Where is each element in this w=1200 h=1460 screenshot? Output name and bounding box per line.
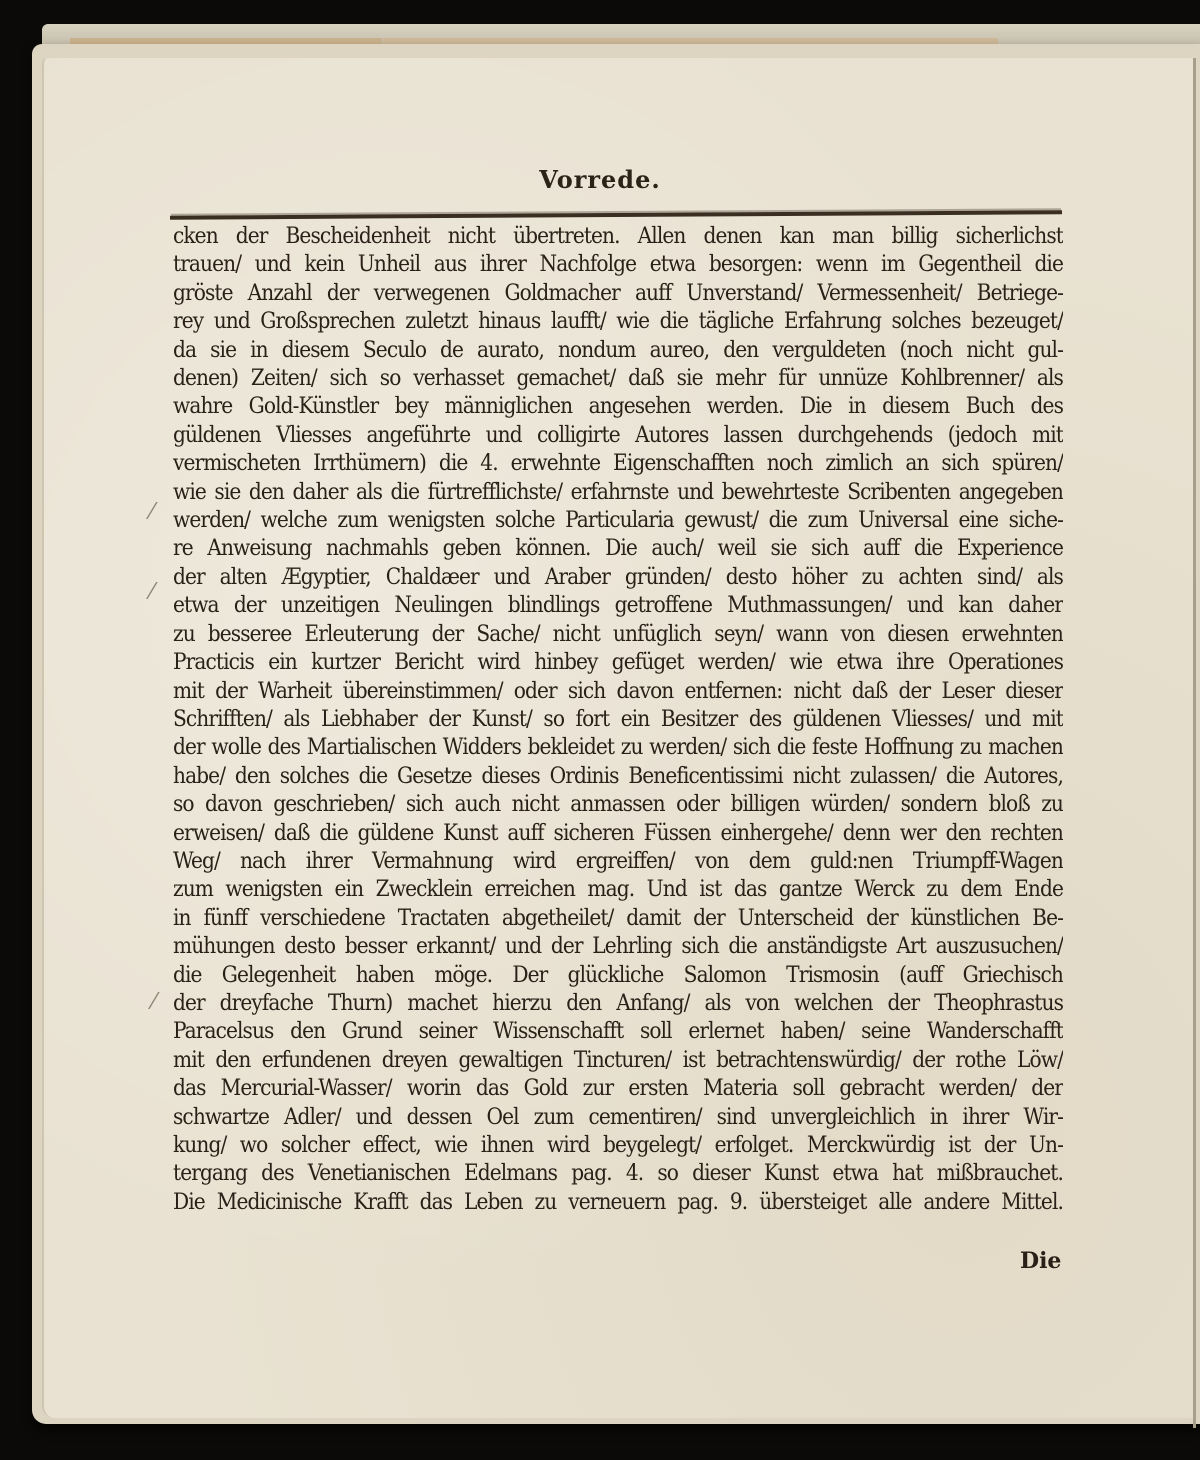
text-line: da sie in diesem Seculo de aurato, nondu… (173, 336, 1063, 364)
text-line: Paracelsus den Grund seiner Wissenschaff… (173, 1017, 1063, 1045)
margin-pencil-mark: ⁄ (152, 990, 156, 1015)
text-line: habe/ den solches die Gesetze dieses Ord… (173, 762, 1063, 790)
text-line: werden/ welche zum wenigsten solche Part… (173, 506, 1063, 534)
text-line: re Anweisung nachmahls geben können. Die… (173, 534, 1063, 562)
text-line: wie sie den daher als die fürtrefflichst… (173, 478, 1063, 506)
text-line: Die Medicinische Krafft das Leben zu ver… (173, 1188, 1063, 1216)
text-line: so davon geschrieben/ sich auch nicht an… (173, 790, 1063, 818)
margin-pencil-mark: ⁄ (150, 500, 154, 525)
running-head: Vorrede. (0, 165, 1200, 194)
text-line: kung/ wo solcher effect, wie ihnen wird … (173, 1131, 1063, 1159)
text-line: trauen/ und kein Unheil aus ihrer Nachfo… (173, 250, 1063, 278)
text-line: Practicis ein kurtzer Bericht wird hinbe… (173, 648, 1063, 676)
text-line: das Mercurial-Wasser/ worin das Gold zur… (173, 1074, 1063, 1102)
margin-pencil-mark: ⁄ (150, 580, 154, 605)
text-line: gröste Anzahl der verwegenen Goldmacher … (173, 279, 1063, 307)
page-gutter-edge (1193, 58, 1196, 1428)
text-line: die Gelegenheit haben möge. Der glücklic… (173, 961, 1063, 989)
catchword: Die (1020, 1248, 1061, 1274)
text-line: der alten Ægyptier, Chaldæer und Araber … (173, 563, 1063, 591)
text-line: der wolle des Martialischen Widders bekl… (173, 733, 1063, 761)
text-line: mit der Warheit übereinstimmen/ oder sic… (173, 677, 1063, 705)
text-line: in fünff verschiedene Tractaten abgethei… (173, 904, 1063, 932)
text-line: etwa der unzeitigen Neulingen blindlings… (173, 591, 1063, 619)
text-line: wahre Gold-Künstler bey männiglichen ang… (173, 392, 1063, 420)
text-line: tergang des Venetianischen Edelmans pag.… (173, 1159, 1063, 1187)
text-line: güldenen Vliesses angeführte und colligi… (173, 421, 1063, 449)
body-text: cken der Bescheidenheit nicht übertreten… (173, 222, 1063, 1216)
text-line: der dreyfache Thurn) machet hierzu den A… (173, 989, 1063, 1017)
text-line: cken der Bescheidenheit nicht übertreten… (173, 222, 1063, 250)
text-line: vermischeten Irrthümern) die 4. erwehnte… (173, 449, 1063, 477)
text-line: erweisen/ daß die güldene Kunst auff sic… (173, 819, 1063, 847)
text-line: schwartze Adler/ und dessen Oel zum ceme… (173, 1103, 1063, 1131)
text-line: Schrifften/ als Liebhaber der Kunst/ so … (173, 705, 1063, 733)
text-line: denen) Zeiten/ sich so verhasset gemache… (173, 364, 1063, 392)
text-line: zum wenigsten ein Zwecklein erreichen ma… (173, 875, 1063, 903)
text-line: Weg/ nach ihrer Vermahnung wird ergreiff… (173, 847, 1063, 875)
text-line: rey und Großsprechen zuletzt hinaus lauf… (173, 307, 1063, 335)
text-line: zu besseree Erleuterung der Sache/ nicht… (173, 620, 1063, 648)
text-line: mühungen desto besser erkannt/ und der L… (173, 932, 1063, 960)
text-line: mit den erfundenen dreyen gewaltigen Tin… (173, 1046, 1063, 1074)
